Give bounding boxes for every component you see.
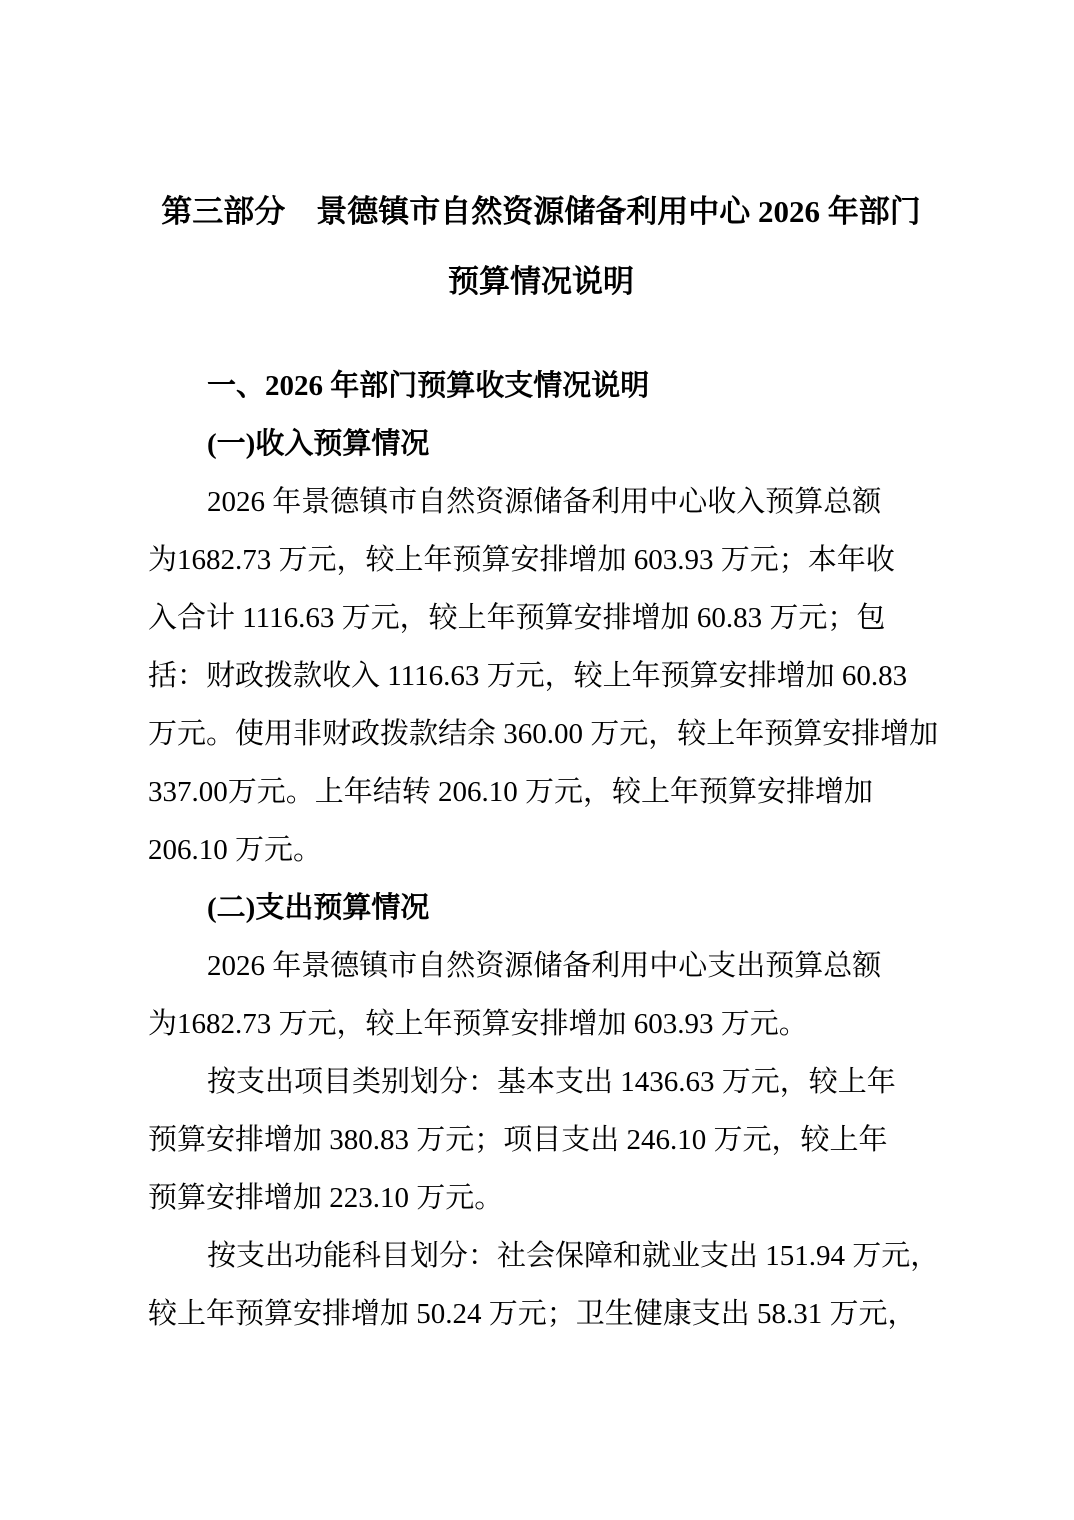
document-title-line-1: 第三部分 景德镇市自然资源储备利用中心 2026 年部门 xyxy=(148,177,934,247)
document-page: 第三部分 景德镇市自然资源储备利用中心 2026 年部门 预算情况说明 一、20… xyxy=(0,0,1074,1520)
income-paragraph-line: 万元。使用非财政拨款结余 360.00 万元，较上年预算安排增加 xyxy=(148,705,934,763)
income-paragraph-line: 2026 年景德镇市自然资源储备利用中心收入预算总额 xyxy=(148,473,934,531)
expense-total-paragraph-line: 2026 年景德镇市自然资源储备利用中心支出预算总额 xyxy=(148,937,934,995)
section-heading-budget-overview: 一、2026 年部门预算收支情况说明 xyxy=(148,357,934,415)
document-title-line-2: 预算情况说明 xyxy=(148,247,934,317)
expense-by-function-paragraph-line: 较上年预算安排增加 50.24 万元；卫生健康支出 58.31 万元， xyxy=(148,1285,934,1343)
expense-by-function-paragraph-line: 按支出功能科目划分：社会保障和就业支出 151.94 万元， xyxy=(148,1227,934,1285)
income-paragraph-line: 为1682.73 万元，较上年预算安排增加 603.93 万元；本年收 xyxy=(148,531,934,589)
document-body: 一、2026 年部门预算收支情况说明 (一)收入预算情况 2026 年景德镇市自… xyxy=(148,357,934,1343)
document-title: 第三部分 景德镇市自然资源储备利用中心 2026 年部门 预算情况说明 xyxy=(148,177,934,317)
expense-total-paragraph-line: 为1682.73 万元，较上年预算安排增加 603.93 万元。 xyxy=(148,995,934,1053)
income-paragraph-line: 337.00万元。上年结转 206.10 万元，较上年预算安排增加 xyxy=(148,763,934,821)
income-paragraph-line: 括：财政拨款收入 1116.63 万元，较上年预算安排增加 60.83 xyxy=(148,647,934,705)
subsection-heading-income: (一)收入预算情况 xyxy=(148,415,934,473)
income-paragraph-line: 206.10 万元。 xyxy=(148,821,934,879)
subsection-heading-expense: (二)支出预算情况 xyxy=(148,879,934,937)
expense-by-item-paragraph-line: 预算安排增加 223.10 万元。 xyxy=(148,1169,934,1227)
income-paragraph-line: 入合计 1116.63 万元，较上年预算安排增加 60.83 万元；包 xyxy=(148,589,934,647)
expense-by-item-paragraph-line: 预算安排增加 380.83 万元；项目支出 246.10 万元，较上年 xyxy=(148,1111,934,1169)
expense-by-item-paragraph-line: 按支出项目类别划分：基本支出 1436.63 万元，较上年 xyxy=(148,1053,934,1111)
